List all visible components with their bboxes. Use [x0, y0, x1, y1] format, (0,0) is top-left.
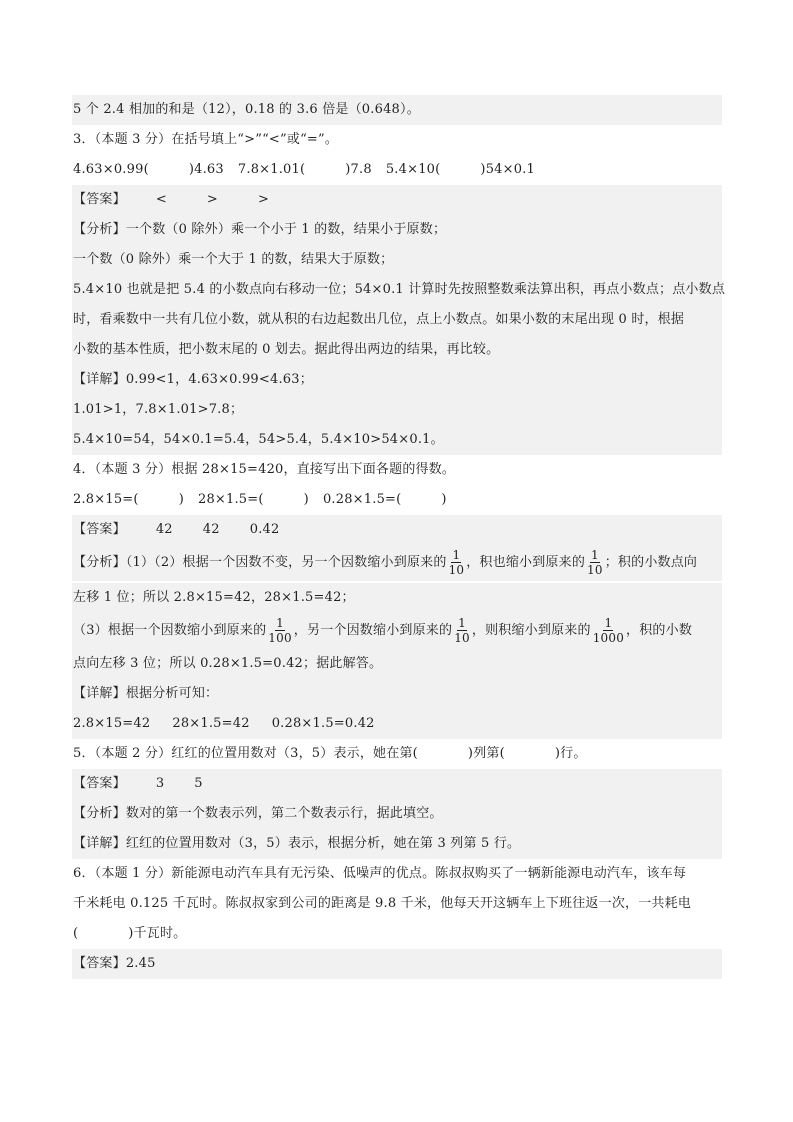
- q3-detail-text: 5.4×10=54，54×0.1=5.4，54>5.4，5.4×10>54×0.…: [73, 432, 444, 447]
- q3-analysis-text: 一个数（0 除外）乘一个大于 1 的数，结果大于原数；: [73, 252, 393, 267]
- q3-item-3-left: 5.4×10(: [386, 162, 441, 177]
- q3-item-2-right: )7.8: [345, 162, 372, 177]
- q5-stem: 5．（本题 2 分）红红的位置用数对（3，5）表示，她在第()列第()行。: [72, 739, 722, 769]
- answer-tag: 【答案】: [73, 192, 126, 207]
- q3-detail-3: 5.4×10=54，54×0.1=5.4，54>5.4，5.4×10>54×0.…: [72, 425, 722, 455]
- q4-analysis-text: ；积的小数点向: [605, 555, 697, 570]
- fraction-numerator: 1: [457, 616, 467, 631]
- q4-item-3-right: ): [441, 492, 446, 507]
- q5-answer: 【答案】35: [72, 769, 722, 799]
- q3-detail-1: 【详解】0.99<1，4.63×0.99<4.63；: [72, 365, 722, 395]
- q5-stem-text: )行。: [555, 746, 587, 761]
- q5-detail-text: 红红的位置用数对（3，5）表示，根据分析，她在第 3 列第 5 行。: [126, 836, 520, 851]
- q4-result-3: 0.28×1.5=0.42: [272, 716, 375, 731]
- q5-analysis-text: 数对的第一个数表示列，第二个数表示行，据此填空。: [126, 806, 443, 821]
- q3-analysis-text: 时，看乘数中一共有几位小数，就从积的右边起数出几位，点上小数点。如果小数的末尾出…: [73, 312, 684, 327]
- q3-item-2-left: 7.8×1.01(: [238, 162, 305, 177]
- fraction-denominator: 10: [453, 631, 471, 645]
- q3-detail-2: 1.01>1，7.8×1.01>7.8；: [72, 395, 722, 425]
- q4-item-1-left: 2.8×15=(: [73, 492, 139, 507]
- q3-analysis-3: 5.4×10 也就是把 5.4 的小数点向右移动一位；54×0.1 计算时先按照…: [72, 275, 722, 305]
- q3-item-1-right: )4.63: [189, 162, 224, 177]
- q4-analysis-text: ，则积缩小到原来的: [472, 623, 591, 638]
- fraction-denominator: 10: [448, 563, 466, 577]
- q3-stem: 3．（本题 3 分）在括号填上“>”“<”或“=”。: [72, 125, 722, 155]
- q4-analysis-4: 点向左移 3 位；所以 0.28×1.5=0.42；据此解答。: [72, 649, 722, 679]
- q6-answer: 【答案】2.45: [72, 949, 722, 979]
- q3-analysis-text: 小数的基本性质，把小数末尾的 0 划去。据此得出两边的结果，再比较。: [73, 342, 499, 357]
- q4-answer-2: 42: [203, 522, 220, 537]
- q4-analysis-text: 点向左移 3 位；所以 0.28×1.5=0.42；据此解答。: [73, 656, 382, 671]
- q3-analysis-5: 小数的基本性质，把小数末尾的 0 划去。据此得出两边的结果，再比较。: [72, 335, 722, 365]
- q4-item-3-left: 0.28×1.5=(: [323, 492, 401, 507]
- q4-analysis-text: （3）根据一个因数缩小到原来的: [73, 623, 266, 638]
- q4-analysis-text: （1）（2）根据一个因数不变，另一个因数缩小到原来的: [126, 555, 447, 570]
- q4-answer-1: 42: [156, 522, 173, 537]
- q4-stem-text: 4．（本题 3 分）根据 28×15=420，直接写出下面各题的得数。: [73, 462, 455, 477]
- q3-detail-text: 0.99<1，4.63×0.99<4.63；: [126, 372, 313, 387]
- fraction-numerator: 1: [603, 616, 613, 631]
- q5-answer-2: 5: [194, 776, 202, 791]
- q5-analysis: 【分析】数对的第一个数表示列，第二个数表示行，据此填空。: [72, 799, 722, 829]
- q4-analysis-text: ，积的小数: [626, 623, 692, 638]
- q6-stem-text: 6．（本题 1 分）新能源电动汽车具有无污染、低噪声的优点。陈叔叔购买了一辆新能…: [73, 866, 686, 881]
- fraction-one-tenth: 110: [448, 548, 466, 577]
- q4-result-1: 2.8×15=42: [73, 716, 150, 731]
- q4-detail-2: 2.8×15=4228×1.5=420.28×1.5=0.42: [72, 709, 722, 739]
- q4-result-2: 28×1.5=42: [172, 716, 249, 731]
- q6-blank-open: (: [73, 926, 78, 941]
- fraction-denominator: 100: [267, 631, 293, 645]
- analysis-tag: 【分析】: [73, 806, 126, 821]
- detail-tag: 【详解】: [73, 372, 126, 387]
- q5-stem-text: )列第(: [468, 746, 505, 761]
- q4-item-1-right: ): [179, 492, 184, 507]
- q3-answer-3: >: [258, 192, 269, 207]
- fraction-numerator: 1: [275, 616, 285, 631]
- q6-stem-2: 千米耗电 0.125 千瓦时。陈叔叔家到公司的距离是 9.8 千米，他每天开这辆…: [72, 889, 722, 919]
- q6-stem-text: 千米耗电 0.125 千瓦时。陈叔叔家到公司的距离是 9.8 千米，他每天开这辆…: [73, 896, 691, 911]
- fraction-one-thousandth: 11000: [592, 616, 625, 645]
- q3-analysis-text: 一个数（0 除外）乘一个小于 1 的数，结果小于原数；: [126, 222, 446, 237]
- q2-detail-text: 5 个 2.4 相加的和是（12），0.18 的 3.6 倍是（0.648）。: [73, 102, 420, 117]
- document-page: 5 个 2.4 相加的和是（12），0.18 的 3.6 倍是（0.648）。 …: [72, 95, 722, 979]
- q3-stem-text: 3．（本题 3 分）在括号填上“>”“<”或“=”。: [73, 132, 338, 147]
- q3-analysis-2: 一个数（0 除外）乘一个大于 1 的数，结果大于原数；: [72, 245, 722, 275]
- q4-analysis-text: ，另一个因数缩小到原来的: [294, 623, 452, 638]
- q4-stem: 4．（本题 3 分）根据 28×15=420，直接写出下面各题的得数。: [72, 455, 722, 485]
- q4-analysis-2: 左移 1 位；所以 2.8×15=42，28×1.5=42；: [72, 581, 722, 613]
- detail-tag: 【详解】: [73, 686, 126, 701]
- q4-analysis-1: 【分析】（1）（2）根据一个因数不变，另一个因数缩小到原来的110，积也缩小到原…: [72, 545, 722, 581]
- q3-analysis-text: 5.4×10 也就是把 5.4 的小数点向右移动一位；54×0.1 计算时先按照…: [73, 282, 725, 297]
- q4-analysis-text: ，积也缩小到原来的: [466, 555, 585, 570]
- fraction-denominator: 1000: [592, 631, 625, 645]
- q3-analysis-4: 时，看乘数中一共有几位小数，就从积的右边起数出几位，点上小数点。如果小数的末尾出…: [72, 305, 722, 335]
- analysis-tag: 【分析】: [73, 555, 126, 570]
- q5-detail: 【详解】红红的位置用数对（3，5）表示，根据分析，她在第 3 列第 5 行。: [72, 829, 722, 859]
- fraction-numerator: 1: [590, 548, 600, 563]
- q3-items: 4.63×0.99()4.637.8×1.01()7.85.4×10()54×0…: [72, 155, 722, 185]
- q4-item-2-left: 28×1.5=(: [198, 492, 264, 507]
- fraction-one-tenth: 110: [453, 616, 471, 645]
- fraction-numerator: 1: [451, 548, 461, 563]
- fraction-one-hundredth: 1100: [267, 616, 293, 645]
- q5-answer-1: 3: [156, 776, 164, 791]
- q4-analysis-text: 左移 1 位；所以 2.8×15=42，28×1.5=42；: [73, 590, 355, 605]
- q4-answer-3: 0.42: [250, 522, 280, 537]
- analysis-tag: 【分析】: [73, 222, 126, 237]
- q3-detail-text: 1.01>1，7.8×1.01>7.8；: [73, 402, 243, 417]
- q3-answer-2: >: [207, 192, 218, 207]
- q4-detail-1: 【详解】根据分析可知：: [72, 679, 722, 709]
- q5-stem-text: 5．（本题 2 分）红红的位置用数对（3，5）表示，她在第(: [73, 746, 418, 761]
- q3-answer: 【答案】<>>: [72, 185, 722, 215]
- q4-detail-text: 根据分析可知：: [126, 686, 218, 701]
- q4-item-2-right: ): [304, 492, 309, 507]
- answer-tag: 【答案】: [73, 956, 126, 971]
- q4-items: 2.8×15=()28×1.5=()0.28×1.5=(): [72, 485, 722, 515]
- q4-answer: 【答案】42420.42: [72, 515, 722, 545]
- q3-answer-1: <: [156, 192, 167, 207]
- q3-item-1-left: 4.63×0.99(: [73, 162, 149, 177]
- detail-tag: 【详解】: [73, 836, 126, 851]
- fraction-denominator: 10: [586, 563, 604, 577]
- answer-tag: 【答案】: [73, 522, 126, 537]
- q6-blank-close: )千瓦时。: [128, 926, 186, 941]
- q6-stem-1: 6．（本题 1 分）新能源电动汽车具有无污染、低噪声的优点。陈叔叔购买了一辆新能…: [72, 859, 722, 889]
- q4-analysis-3: （3）根据一个因数缩小到原来的1100，另一个因数缩小到原来的110，则积缩小到…: [72, 613, 722, 649]
- q6-answer-value: 2.45: [126, 956, 156, 971]
- fraction-one-tenth: 110: [586, 548, 604, 577]
- q3-item-3-right: )54×0.1: [480, 162, 535, 177]
- q2-detail-line: 5 个 2.4 相加的和是（12），0.18 的 3.6 倍是（0.648）。: [72, 95, 722, 125]
- q6-stem-3: ()千瓦时。: [72, 919, 722, 949]
- answer-tag: 【答案】: [73, 776, 126, 791]
- q3-analysis-1: 【分析】一个数（0 除外）乘一个小于 1 的数，结果小于原数；: [72, 215, 722, 245]
